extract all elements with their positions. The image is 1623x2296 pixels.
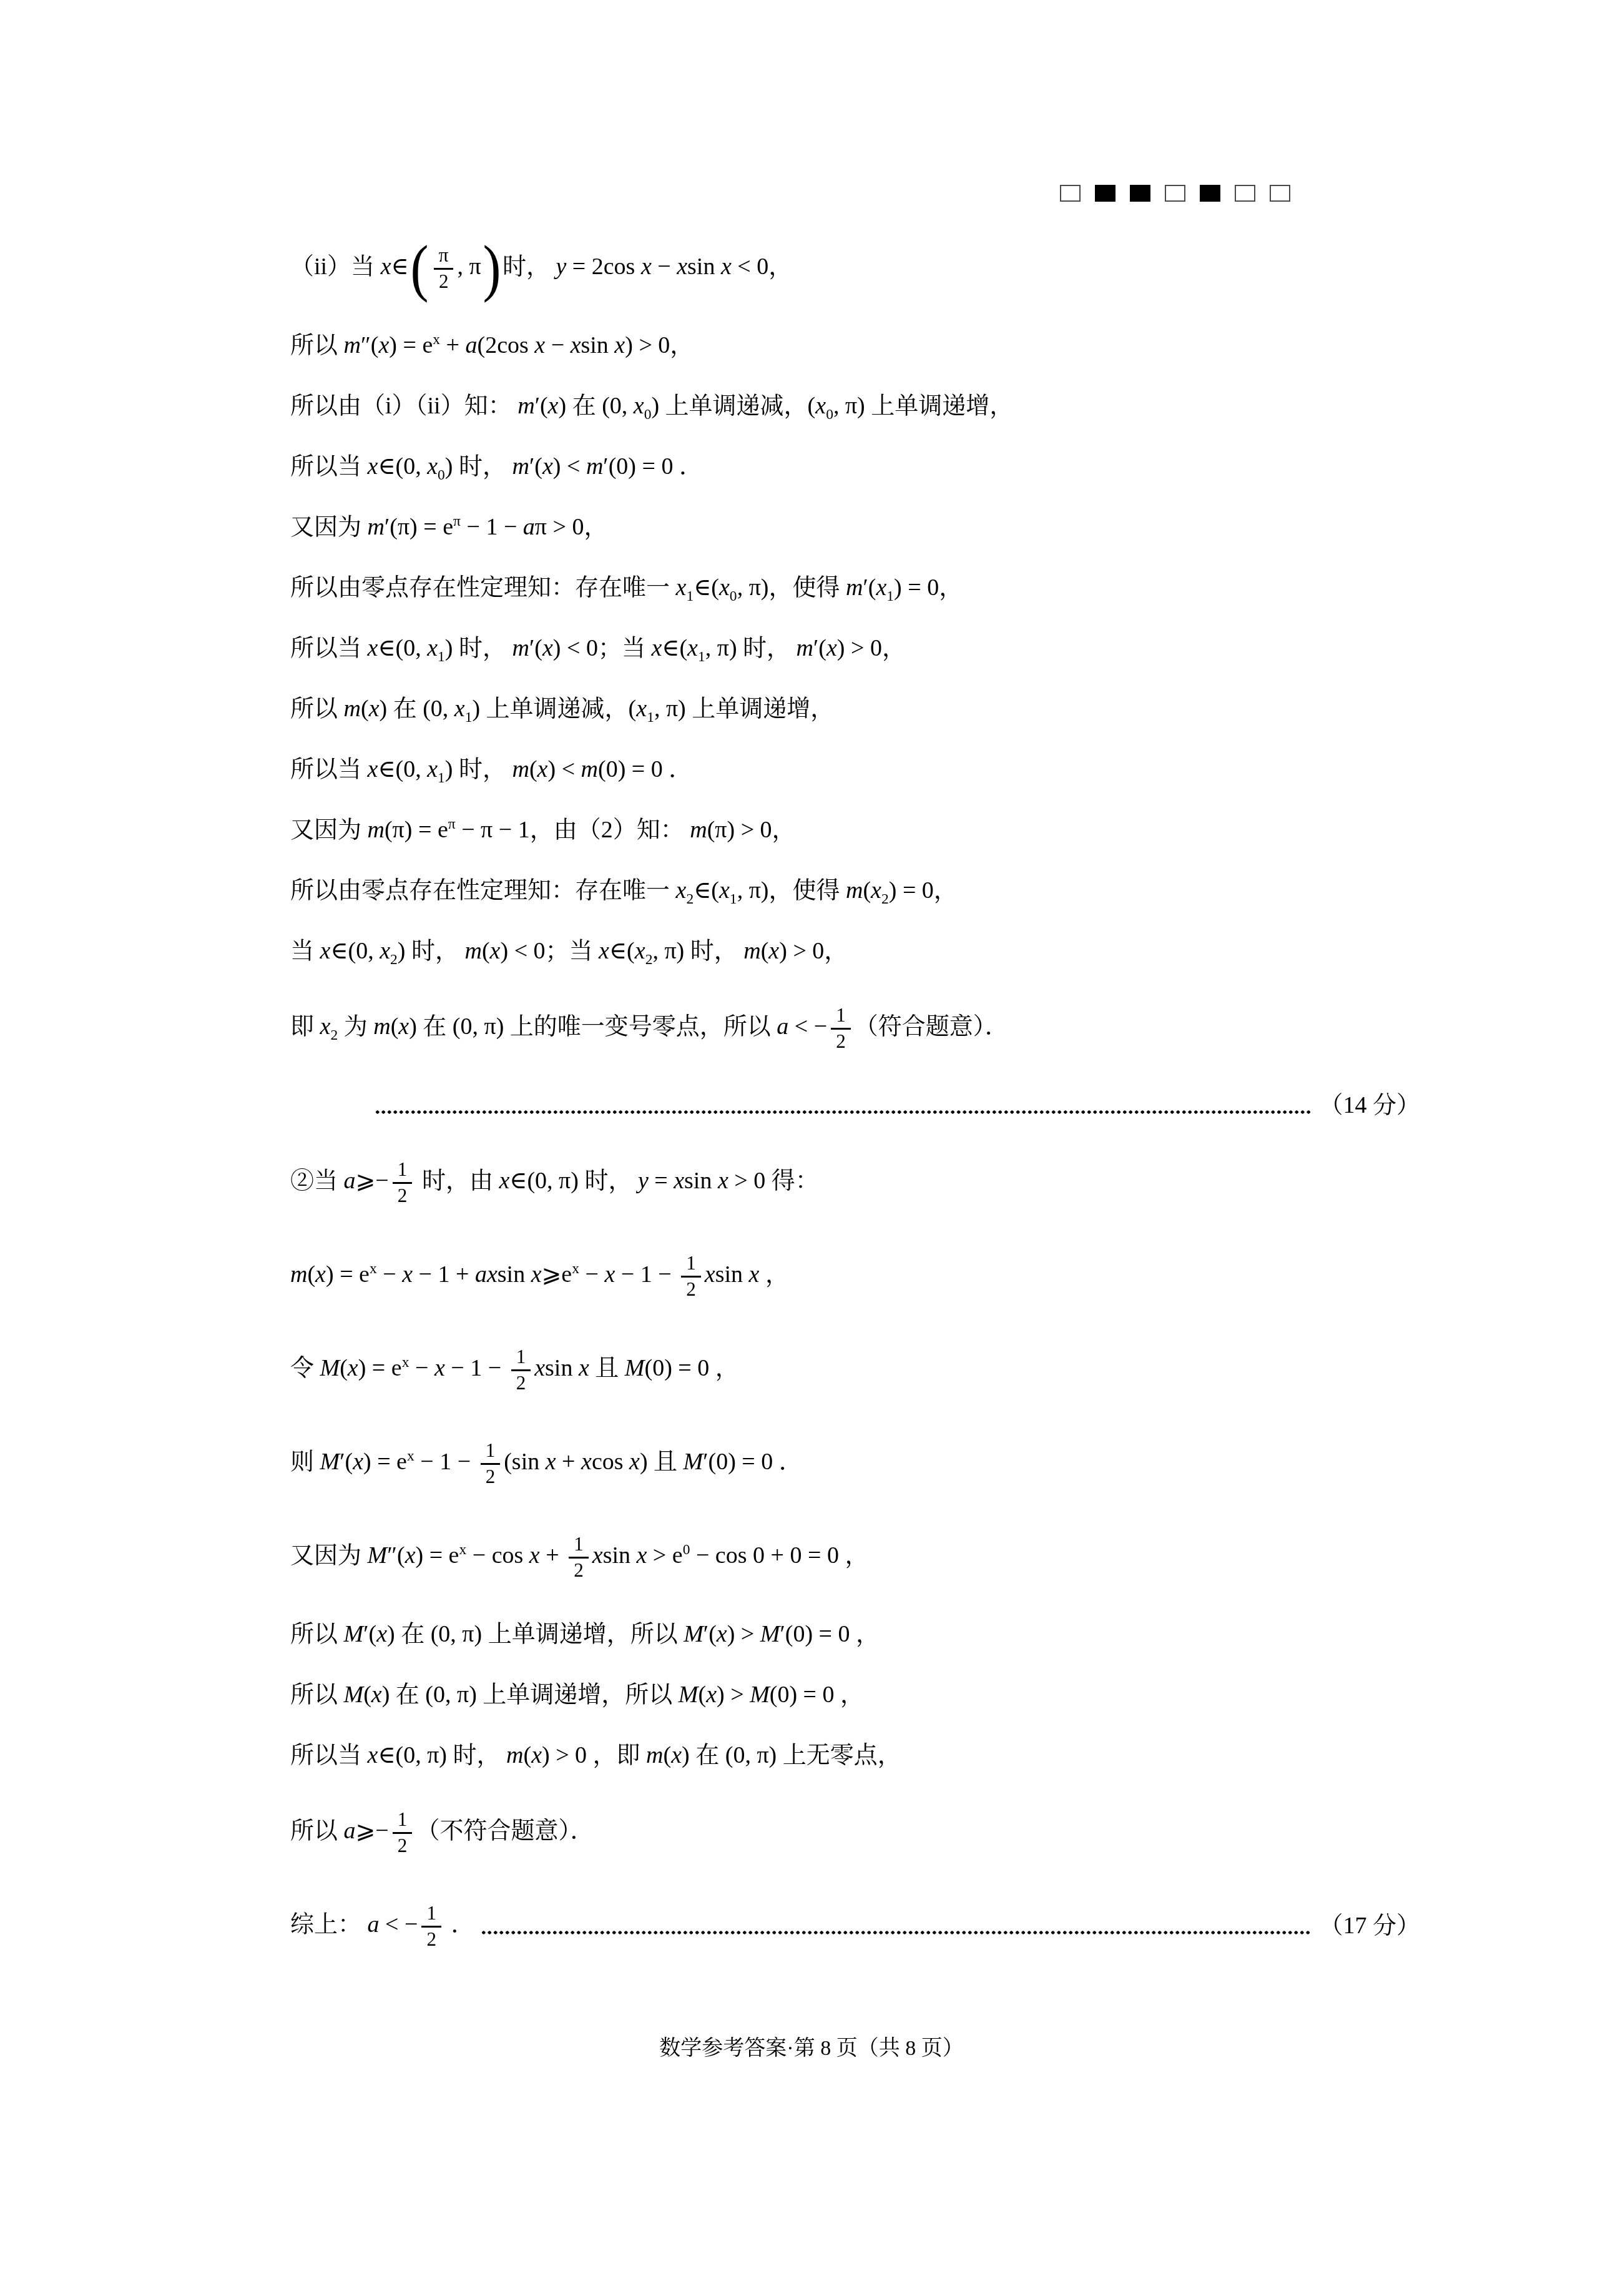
math-variable: m [586, 453, 603, 480]
formula-content: 所以 m″(x) = ex + a(2cos x − xsin x) > 0， [290, 330, 694, 362]
math-variable: x [718, 1168, 728, 1194]
math-variable: x [636, 1542, 647, 1569]
math-variable: x [434, 1355, 445, 1381]
subscript: 2 [330, 1027, 338, 1043]
math-variable: m [797, 635, 813, 661]
fraction-denominator: 2 [569, 1557, 589, 1581]
math-variable: x [368, 756, 378, 782]
math-variable: x [826, 635, 837, 661]
formula-content: 所以由零点存在性定理知：存在唯一 x1∈(x0, π)，使得 m′(x1) = … [290, 572, 963, 604]
formula-content: （ii）当 x∈(π2, π)时， y = 2cos x − xsin x < … [290, 245, 792, 292]
superscript: x [433, 332, 440, 348]
math-variable: x [641, 254, 652, 280]
formula-line: 所以当 x∈(0, π) 时， m(x) > 0 ，即 m(x) 在 (0, π… [290, 1725, 1420, 1786]
math-variable: x [876, 574, 886, 601]
math-variable: x [531, 1742, 542, 1768]
formula-line: 所以由零点存在性定理知：存在唯一 x1∈(x0, π)，使得 m′(x1) = … [290, 558, 1420, 618]
math-variable: y [638, 1168, 649, 1194]
formula-content: 令 M(x) = ex − x − 1 − 12xsin x 且 M(0) = … [290, 1347, 739, 1393]
fraction-numerator: 1 [831, 1005, 851, 1028]
math-variable: x [636, 696, 647, 722]
math-variable: x [378, 332, 389, 358]
math-variable: M [684, 1449, 704, 1475]
math-variable: M [344, 1682, 364, 1708]
subscript: 2 [390, 951, 398, 967]
math-variable: x [717, 1621, 727, 1647]
math-variable: a [344, 1168, 356, 1194]
fraction: 12 [393, 1810, 413, 1856]
math-variable: x [592, 1542, 603, 1569]
formula-content: 又因为 m′(π) = eπ − 1 − aπ > 0， [290, 511, 607, 543]
superscript: x [459, 1542, 466, 1558]
fraction-numerator: 1 [421, 1903, 441, 1926]
math-variable: m [743, 938, 760, 964]
fraction-denominator: 2 [831, 1028, 851, 1052]
fraction-numerator: 1 [681, 1253, 701, 1276]
formula-content: 又因为 m(π) = eπ − π − 1，由（2）知： m(π) > 0， [290, 814, 796, 846]
formula-line: 所以当 x∈(0, x0) 时， m′(x) < m′(0) = 0 ． [290, 436, 1420, 497]
math-variable: x [353, 1449, 363, 1475]
formula-line: 又因为 m(π) = eπ − π − 1，由（2）知： m(π) > 0， [290, 800, 1420, 860]
subscript: 0 [826, 406, 833, 422]
fraction-denominator: 2 [421, 1926, 441, 1950]
math-variable: a [344, 1818, 356, 1844]
math-variable: x [629, 1449, 640, 1475]
formula-line: 又因为 M″(x) = ex − cos x + 12xsin x > e0 −… [290, 1510, 1420, 1604]
math-variable: M [679, 1682, 699, 1708]
math-variable: M [684, 1621, 704, 1647]
math-variable: ax [475, 1261, 498, 1288]
subscript: 1 [886, 588, 894, 604]
math-variable: x [651, 635, 662, 661]
formula-line: （ii）当 x∈(π2, π)时， y = 2cos x − xsin x < … [290, 222, 1420, 315]
superscript: x [402, 1354, 409, 1371]
math-variable: a [523, 514, 535, 540]
math-variable: m [344, 332, 361, 358]
formula-content: 所以 M′(x) 在 (0, π) 上单调递增，所以 M′(x) > M′(0)… [290, 1619, 880, 1650]
math-variable: M [625, 1355, 645, 1381]
formula-content: 所以由（i）（ii）知： m′(x) 在 (0, x0) 上单调递减，(x0, … [290, 390, 1013, 422]
math-variable: m [344, 696, 361, 722]
formula-line: 所以 a⩾−12（不符合题意）． [290, 1786, 1420, 1880]
math-variable: x [368, 1742, 378, 1768]
math-variable: x [531, 1261, 542, 1288]
math-variable: x [542, 635, 553, 661]
math-variable: x [348, 1355, 358, 1381]
formula-content: ②当 a⩾−12 时，由 x∈(0, π) 时， y = xsin x > 0 … [290, 1160, 819, 1206]
dotted-leader [375, 1110, 1312, 1115]
math-variable: x [529, 1542, 540, 1569]
formula-content: 又因为 M″(x) = ex − cos x + 12xsin x > e0 −… [290, 1534, 868, 1580]
math-variable: x [427, 453, 438, 480]
math-variable: x [405, 1542, 416, 1569]
math-variable: m [368, 514, 385, 540]
fraction-numerator: 1 [393, 1810, 413, 1832]
formula-line: 所以由零点存在性定理知：存在唯一 x2∈(x1, π)，使得 m(x2) = 0… [290, 860, 1420, 921]
math-variable: x [815, 393, 826, 419]
page-footer: 数学参考答案·第 8 页（共 8 页） [0, 2031, 1623, 2061]
formula-line: 所以 m″(x) = ex + a(2cos x − xsin x) > 0， [290, 315, 1420, 376]
subscript: 0 [730, 588, 737, 604]
math-variable: x [427, 756, 438, 782]
fraction: 12 [831, 1005, 851, 1052]
formula-line: 当 x∈(0, x2) 时， m(x) < 0；当 x∈(x2, π) 时， m… [290, 921, 1420, 982]
formula-content: 当 x∈(0, x2) 时， m(x) < 0；当 x∈(x2, π) 时， m… [290, 935, 848, 967]
superscript: x [572, 1261, 579, 1277]
math-variable: x [454, 696, 465, 722]
fraction-denominator: 2 [393, 1182, 413, 1206]
math-variable: x [499, 1168, 509, 1194]
superscript: π [448, 816, 456, 832]
formula-line: 所以当 x∈(0, x1) 时， m(x) < m(0) = 0 ． [290, 739, 1420, 800]
formula-line: 综上： a < −12 ．（17 分） [290, 1880, 1420, 1973]
formula-content: 综上： a < −12 ． [290, 1903, 474, 1949]
math-variable: x [604, 1261, 615, 1288]
formula-content: 所以 m(x) 在 (0, x1) 上单调递减，(x1, π) 上单调递增， [290, 693, 834, 725]
subscript: 1 [438, 648, 445, 664]
math-variable: x [398, 1013, 409, 1040]
formula-line: 即 x2 为 m(x) 在 (0, π) 上的唯一变号零点，所以 a < −12… [290, 982, 1420, 1075]
math-variable: m [512, 635, 529, 661]
math-variable: m [465, 938, 482, 964]
formula-content: m(x) = ex − x − 1 + axsin x⩾ex − x − 1 −… [290, 1253, 789, 1299]
math-variable: x [871, 877, 881, 904]
math-variable: m [368, 817, 385, 843]
math-variable: x [705, 1261, 715, 1288]
fraction-numerator: 1 [511, 1347, 531, 1369]
math-variable: x [674, 1168, 684, 1194]
math-variable: x [768, 938, 779, 964]
math-variable: m [846, 877, 863, 904]
formula-line: 所以当 x∈(0, x1) 时， m′(x) < 0；当 x∈(x1, π) 时… [290, 618, 1420, 679]
fraction: 12 [511, 1347, 531, 1393]
math-variable: x [721, 254, 732, 280]
subscript: 1 [647, 709, 654, 725]
math-variable: x [376, 1621, 387, 1647]
registration-mark-filled [1200, 185, 1220, 202]
math-variable: x [490, 938, 501, 964]
math-variable: x [687, 635, 698, 661]
subscript: 0 [438, 466, 445, 483]
math-variable: a [466, 332, 478, 358]
subscript: 1 [730, 890, 737, 907]
math-variable: M [320, 1449, 340, 1475]
math-variable: M [750, 1682, 770, 1708]
math-variable: x [427, 635, 438, 661]
answer-sheet-page: （ii）当 x∈(π2, π)时， y = 2cos x − xsin x < … [0, 0, 1623, 2296]
formula-content: 所以由零点存在性定理知：存在唯一 x2∈(x1, π)，使得 m(x2) = 0… [290, 875, 958, 907]
math-variable: M [760, 1621, 780, 1647]
subscript: 2 [645, 951, 653, 967]
math-variable: x [371, 1682, 382, 1708]
formula-line: 令 M(x) = ex − x − 1 − 12xsin x 且 M(0) = … [290, 1323, 1420, 1417]
math-variable: m [373, 1013, 390, 1040]
formula-line: 又因为 m′(π) = eπ − 1 − aπ > 0， [290, 497, 1420, 558]
formula-content: 所以当 x∈(0, π) 时， m(x) > 0 ，即 m(x) 在 (0, π… [290, 1740, 901, 1771]
fraction: 12 [393, 1160, 413, 1206]
math-variable: x [599, 938, 609, 964]
math-variable: x [614, 332, 625, 358]
math-variable: x [706, 1682, 717, 1708]
formula-content: 即 x2 为 m(x) 在 (0, π) 上的唯一变号零点，所以 a < −12… [290, 1005, 1009, 1052]
superscript: x [370, 1261, 377, 1277]
solution-content: （ii）当 x∈(π2, π)时， y = 2cos x − xsin x < … [290, 222, 1420, 1973]
math-variable: x [634, 393, 644, 419]
math-variable: x [749, 1261, 760, 1288]
math-variable: m [690, 817, 707, 843]
fraction-denominator: 2 [434, 268, 454, 292]
fraction-numerator: π [434, 245, 454, 268]
formula-line: 所以 M′(x) 在 (0, π) 上单调递增，所以 M′(x) > M′(0)… [290, 1604, 1420, 1665]
math-variable: x [534, 332, 545, 358]
math-variable: x [537, 756, 548, 782]
subscript: 2 [881, 890, 889, 907]
fraction-denominator: 2 [681, 1276, 701, 1300]
formula-line: 所以 M(x) 在 (0, π) 上单调递增，所以 M(x) > M(0) = … [290, 1665, 1420, 1725]
formula-content: 则 M′(x) = ex − 1 − 12(sin x + xcos x) 且 … [290, 1441, 803, 1487]
subscript: 1 [438, 769, 445, 786]
superscript: 0 [683, 1542, 690, 1558]
math-variable: x [676, 574, 687, 601]
math-variable: x [635, 938, 645, 964]
math-variable: x [542, 453, 553, 480]
math-variable: x [719, 877, 730, 904]
registration-mark-filled [1130, 185, 1150, 202]
fraction-numerator: 1 [481, 1441, 501, 1463]
formula-line: 则 M′(x) = ex − 1 − 12(sin x + xcos x) 且 … [290, 1417, 1420, 1510]
formula-line: ②当 a⩾−12 时，由 x∈(0, π) 时， y = xsin x > 0 … [290, 1136, 1420, 1229]
math-variable: x [402, 1261, 413, 1288]
math-variable: y [556, 254, 566, 280]
formula-content: 所以当 x∈(0, x1) 时， m′(x) < 0；当 x∈(x1, π) 时… [290, 633, 906, 664]
registration-mark-outline [1060, 185, 1081, 202]
math-variable: x [677, 254, 687, 280]
registration-marks [1060, 185, 1290, 202]
math-variable: x [380, 938, 390, 964]
formula-content: 所以当 x∈(0, x1) 时， m(x) < m(0) = 0 ． [290, 754, 692, 786]
math-variable: x [368, 635, 378, 661]
fraction-denominator: 2 [511, 1369, 531, 1394]
registration-mark-filled [1095, 185, 1116, 202]
fraction: 12 [569, 1534, 589, 1580]
registration-mark-outline [1165, 185, 1185, 202]
math-variable: x [548, 393, 559, 419]
math-variable: a [777, 1013, 788, 1040]
formula-content: 所以 a⩾−12（不符合题意）． [290, 1810, 594, 1856]
fraction-numerator: 1 [393, 1160, 413, 1182]
superscript: x [407, 1448, 414, 1464]
subscript: 0 [644, 406, 652, 422]
subscript: 1 [465, 709, 473, 725]
fraction: 12 [681, 1253, 701, 1299]
fraction: 12 [481, 1441, 501, 1487]
fraction-denominator: 2 [481, 1463, 501, 1487]
registration-mark-outline [1235, 185, 1255, 202]
math-variable: m [506, 1742, 523, 1768]
formula-line: m(x) = ex − x − 1 + axsin x⩾ex − x − 1 −… [290, 1229, 1420, 1323]
math-variable: x [320, 938, 331, 964]
math-variable: m [846, 574, 863, 601]
math-variable: x [571, 332, 581, 358]
math-variable: M [344, 1621, 364, 1647]
math-variable: x [579, 1355, 589, 1381]
formula-line: 所以由（i）（ii）知： m′(x) 在 (0, x0) 上单调递减，(x0, … [290, 376, 1420, 436]
math-variable: x [368, 453, 378, 480]
formula-content: 所以 M(x) 在 (0, π) 上单调递增，所以 M(x) > M(0) = … [290, 1679, 864, 1711]
formula-line: 所以 m(x) 在 (0, x1) 上单调递减，(x1, π) 上单调递增， [290, 679, 1420, 739]
math-variable: x [546, 1449, 556, 1475]
math-variable: m [512, 756, 529, 782]
math-variable: x [381, 254, 391, 280]
score-label: （14 分） [1319, 1090, 1420, 1121]
formula-content: 所以当 x∈(0, x0) 时， m′(x) < m′(0) = 0 ． [290, 451, 703, 483]
fraction: 12 [421, 1903, 441, 1949]
math-variable: m [581, 756, 598, 782]
math-variable: x [320, 1013, 331, 1040]
math-variable: M [368, 1542, 388, 1569]
math-variable: m [646, 1742, 663, 1768]
math-variable: x [719, 574, 730, 601]
math-variable: x [369, 696, 380, 722]
subscript: 2 [686, 890, 694, 907]
registration-mark-outline [1270, 185, 1290, 202]
math-variable: x [534, 1355, 545, 1381]
math-variable: x [676, 877, 687, 904]
superscript: π [453, 513, 461, 530]
math-variable: x [315, 1261, 326, 1288]
math-variable: x [581, 1449, 592, 1475]
math-variable: M [320, 1355, 340, 1381]
math-variable: m [290, 1261, 307, 1288]
subscript: 1 [698, 648, 705, 664]
math-variable: m [517, 393, 534, 419]
math-variable: x [671, 1742, 682, 1768]
score-label: （17 分） [1319, 1910, 1420, 1942]
subscript: 1 [686, 588, 694, 604]
fraction: π2 [434, 245, 454, 292]
math-variable: a [368, 1911, 380, 1938]
dotted-leader [481, 1930, 1312, 1935]
formula-line: （14 分） [290, 1075, 1420, 1136]
fraction-denominator: 2 [393, 1832, 413, 1856]
math-variable: m [512, 453, 529, 480]
fraction-numerator: 1 [569, 1534, 589, 1557]
